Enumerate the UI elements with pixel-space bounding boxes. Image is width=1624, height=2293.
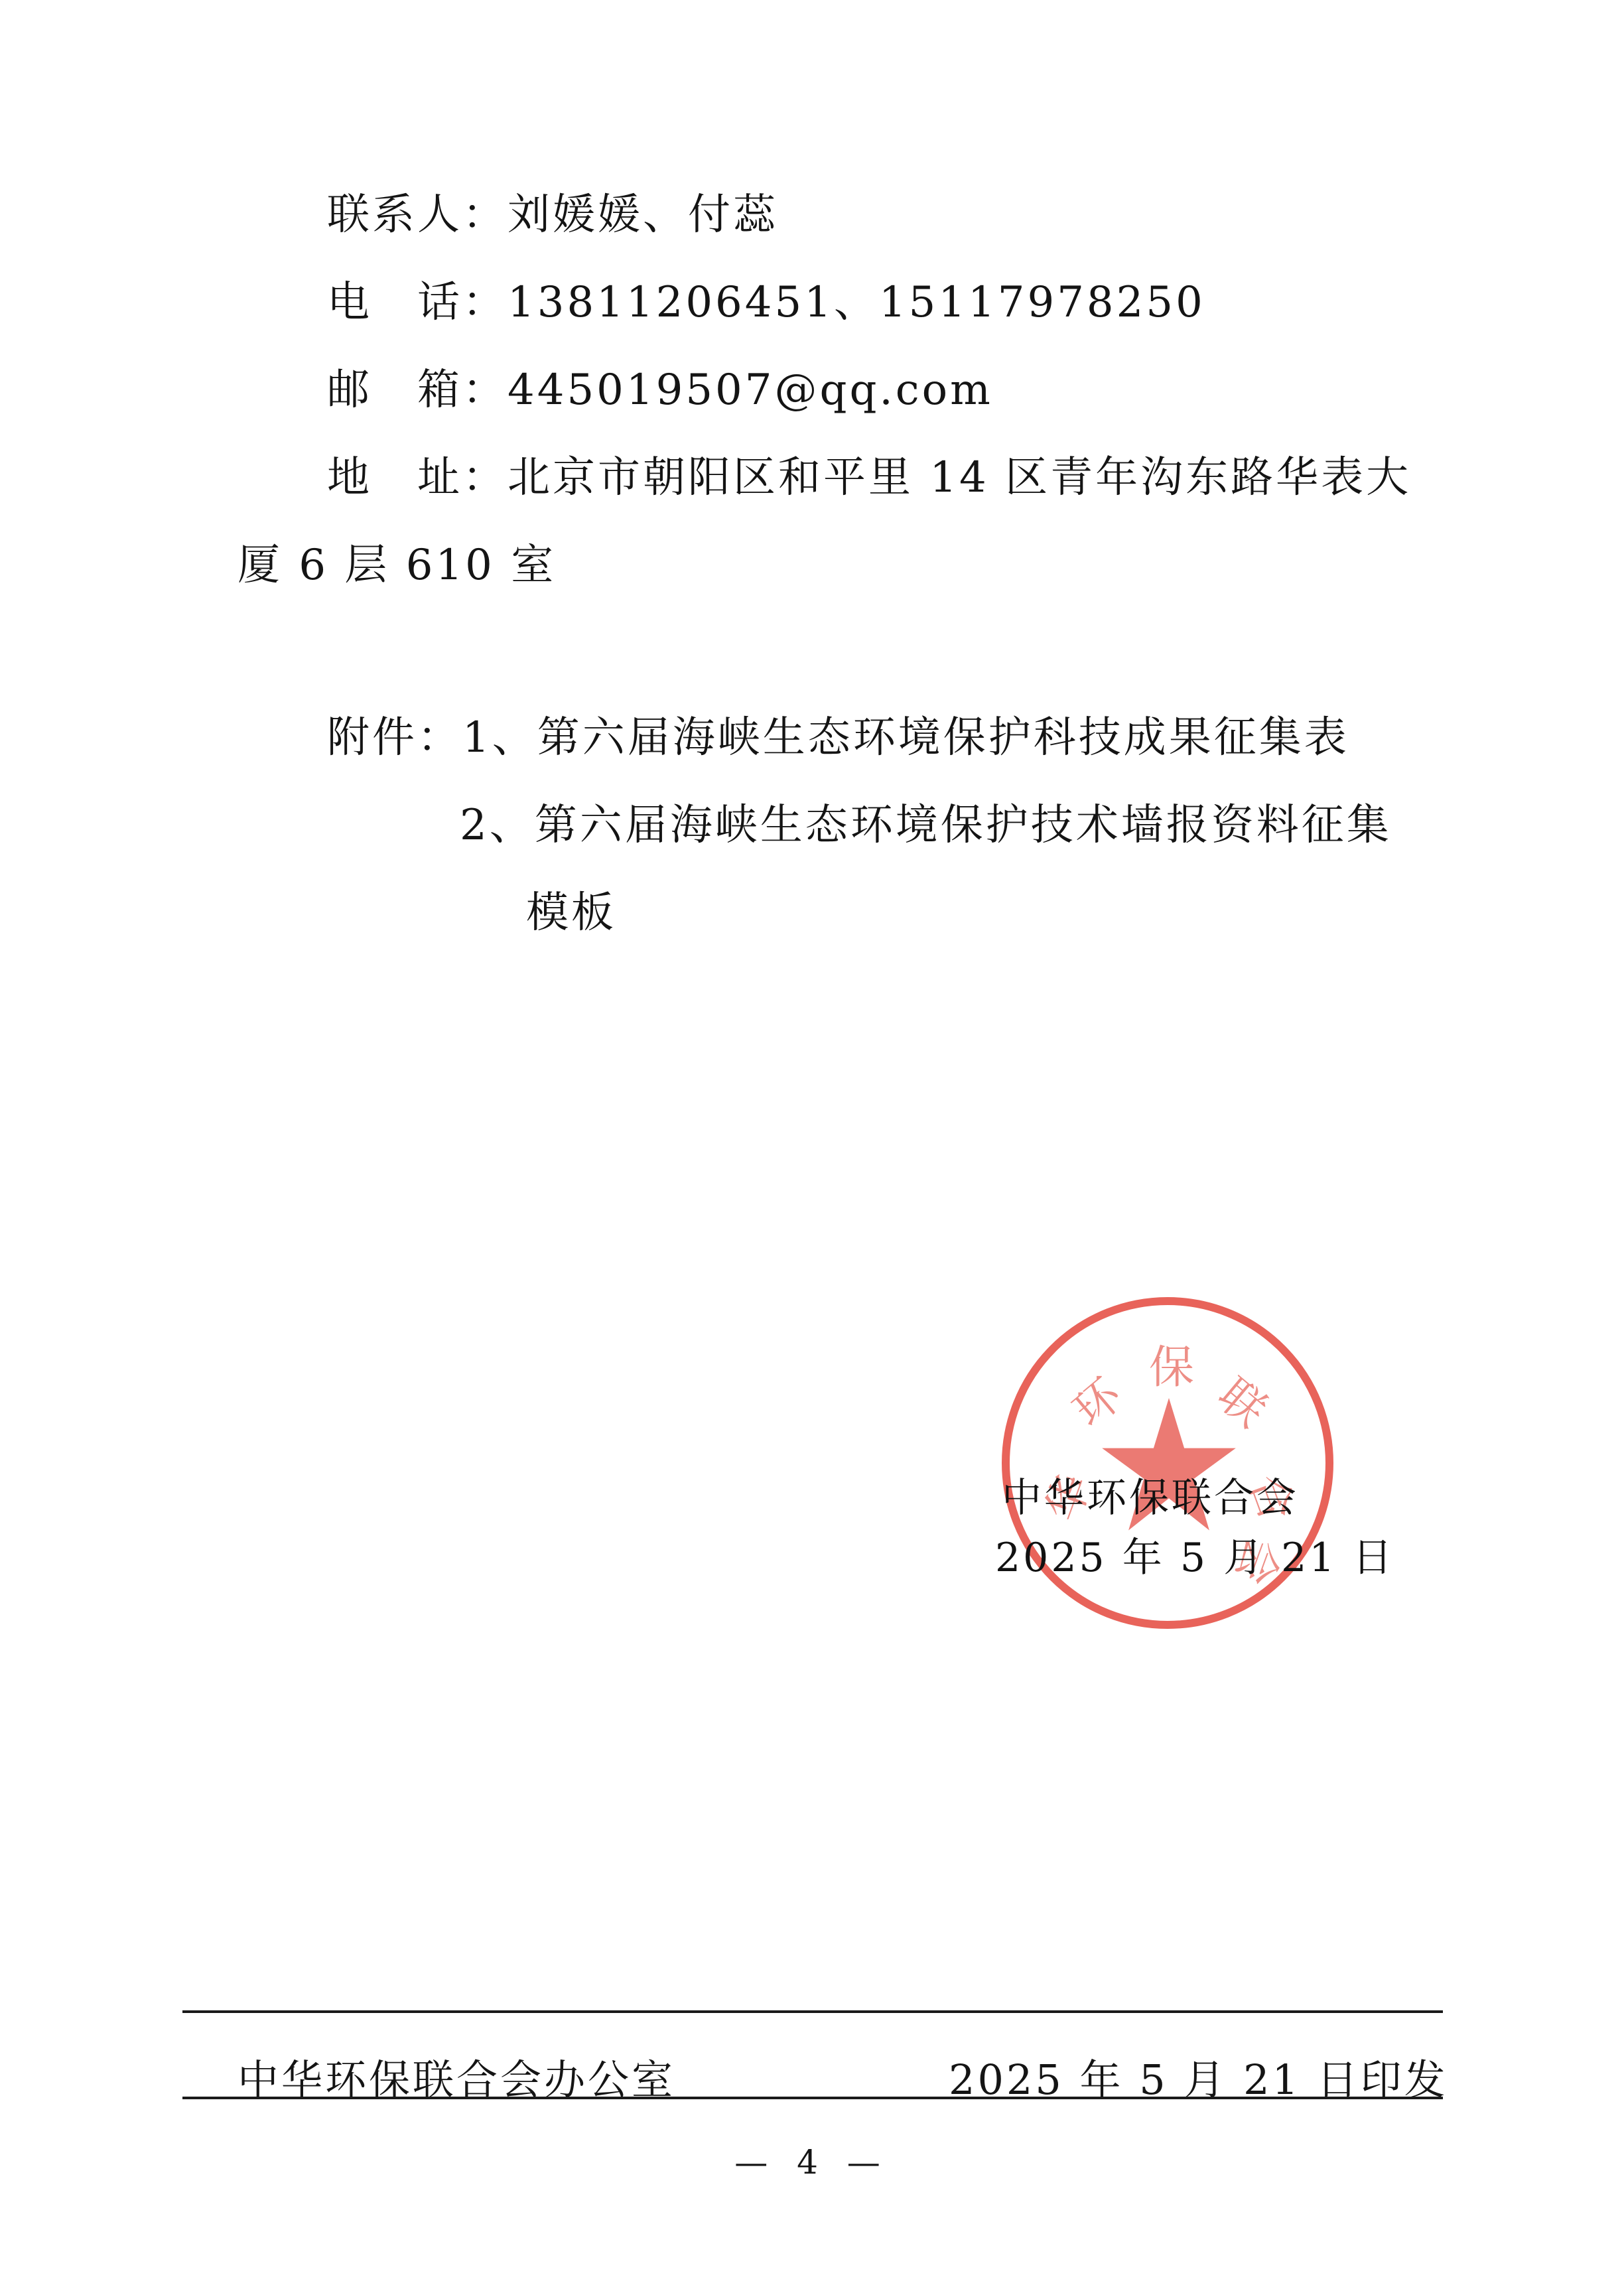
email-value: 445019507@qq.com [507,366,993,415]
address-value: 北京市朝阳区和平里 14 区青年沟东路华表大 [507,453,1411,502]
email-label: 邮 箱： [327,369,507,411]
signature-organization: 中华环保联合会 [1002,1466,1299,1523]
attachment-2-continuation: 模板 [526,892,616,934]
phone-line: 电 话：13811206451、15117978250 [327,281,1205,324]
footer-bottom-rule [182,2097,1443,2099]
phone-label: 电 话： [327,281,507,324]
address-continuation: 厦 6 层 610 室 [237,544,556,587]
contact-person-line: 联系人：刘媛媛、付蕊 [327,194,778,236]
attachment-number-1: 1、 [462,713,537,762]
email-line: 邮 箱：445019507@qq.com [327,369,993,411]
attachment-number-2: 2、 [460,801,535,850]
page-number: — 4 — [0,2143,1624,2182]
address-label: 地 址： [327,456,507,499]
attachments-label: 附件： [327,717,462,759]
signature-date: 2025 年 5 月 21 日 [995,1526,1395,1583]
attachment-text-1: 第六届海峡生态环境保护科技成果征集表 [537,713,1349,762]
footer-top-rule [182,2010,1443,2013]
attachment-text-2: 第六届海峡生态环境保护技术墙报资料征集 [535,801,1392,850]
contact-person-value: 刘媛媛、付蕊 [507,190,778,240]
attachment-line-2: 2、第六届海峡生态环境保护技术墙报资料征集 [460,804,1392,847]
phone-value: 13811206451、15117978250 [507,278,1205,327]
contact-person-label: 联系人： [327,194,507,236]
seal-char: 保 [1149,1332,1194,1396]
address-line: 地 址：北京市朝阳区和平里 14 区青年沟东路华表大 [327,456,1411,499]
attachment-line-1: 附件：1、第六届海峡生态环境保护科技成果征集表 [327,717,1349,759]
